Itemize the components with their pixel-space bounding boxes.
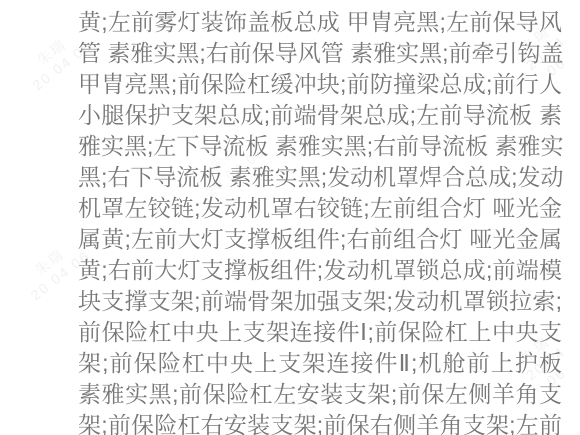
watermark-name: 朱瑞 (17, 234, 83, 291)
text-line: 块支撑支架;前端骨架加强支架;发动机罩锁拉索; (78, 286, 562, 317)
text-line: 素雅实黑;前保险杠左安装支架;前保左侧羊角支 (78, 379, 562, 410)
text-line: 前保险杠中央上支架连接件Ⅰ;前保险杠上中央支 (78, 317, 562, 348)
text-line: 机罩左铰链;发动机罩右铰链;左前组合灯 哑光金 (78, 193, 562, 224)
text-line: 架;前保险杠中央上支架连接件Ⅱ;机舱前上护板 (78, 348, 562, 379)
text-line: 架;前保险杠右安装支架;前保右侧羊角支架;左前 (78, 410, 562, 435)
text-line: 黑;右下导流板 素雅实黑;发动机罩焊合总成;发动 (78, 162, 562, 193)
watermark-name: 朱瑞 (19, 24, 85, 81)
text-line: 黄;右前大灯支撑板组件;发动机罩锁总成;前端模 (78, 255, 562, 286)
text-line: 管 素雅实黑;右前保导风管 素雅实黑;前牵引钩盖 (78, 38, 562, 69)
parts-list-text: 黄;左前雾灯装饰盖板总成 甲胄亮黑;左前保导风 管 素雅实黑;右前保导风管 素雅… (78, 7, 562, 435)
text-line: 属黄;左前大灯支撑板组件;右前组合灯 哑光金属 (78, 224, 562, 255)
text-line: 甲胄亮黑;前保险杠缓冲块;前防撞梁总成;前行人 (78, 69, 562, 100)
text-line: 小腿保护支架总成;前端骨架总成;左前导流板 素 (78, 100, 562, 131)
text-line: 黄;左前雾灯装饰盖板总成 甲胄亮黑;左前保导风 (78, 7, 562, 38)
text-line: 雅实黑;左下导流板 素雅实黑;右前导流板 素雅实 (78, 131, 562, 162)
